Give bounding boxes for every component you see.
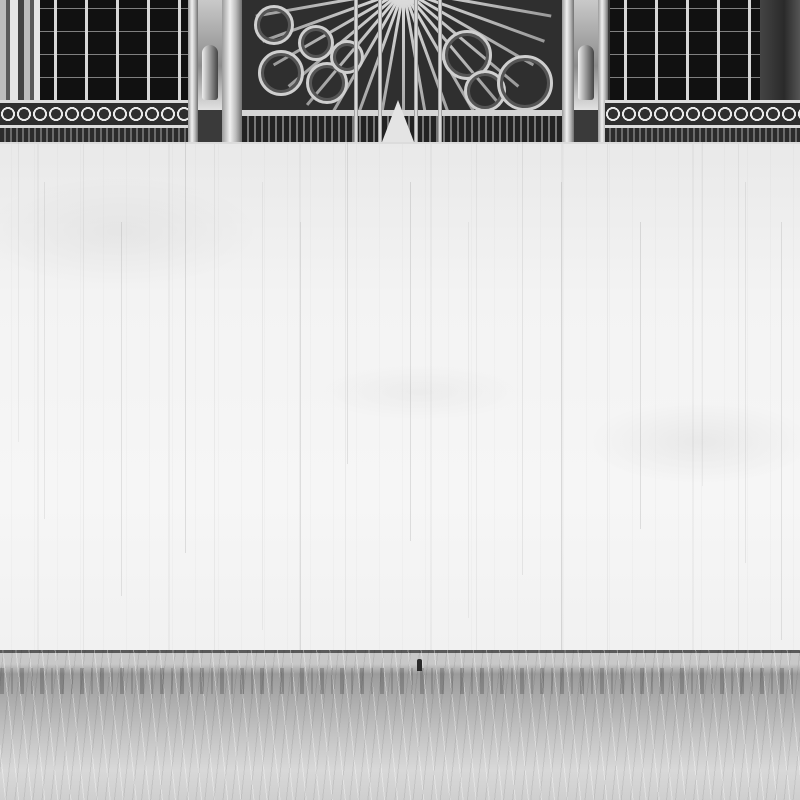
concrete-streak	[702, 142, 703, 486]
cornice-right	[605, 128, 800, 142]
concrete-streak	[121, 222, 122, 596]
concrete-streak	[44, 182, 45, 519]
concrete-wall	[0, 142, 800, 650]
cornice-left	[0, 128, 190, 142]
pillar	[188, 0, 198, 142]
mullion	[438, 0, 442, 142]
concrete-streak	[185, 142, 186, 553]
lancet-window-right	[610, 0, 760, 100]
concrete-streak	[18, 142, 19, 442]
facade-stonework-right	[760, 0, 800, 100]
concrete-streak	[522, 142, 523, 575]
mullion	[354, 0, 358, 142]
tracery-circle	[254, 5, 294, 45]
concrete-streak	[781, 222, 782, 640]
distant-figure	[417, 659, 422, 671]
concrete-streak	[347, 142, 348, 464]
concrete-streak	[745, 182, 746, 563]
rose-window	[242, 0, 562, 142]
concrete-streak	[300, 222, 301, 707]
balustrade-left	[0, 100, 190, 128]
pillar	[222, 0, 242, 142]
tracery-circle	[330, 40, 364, 74]
statue-left	[202, 45, 218, 100]
gable-spire	[382, 100, 414, 142]
concrete-streak	[640, 222, 641, 529]
facade-stonework-left	[0, 0, 40, 100]
concrete-streak	[561, 182, 562, 652]
pillar	[562, 0, 574, 142]
ground-shadow-band	[0, 668, 800, 694]
lancet-window-left	[40, 0, 190, 100]
cathedral-facade	[0, 0, 800, 142]
concrete-streak	[410, 182, 411, 541]
tracery-circle	[258, 50, 304, 96]
mullion	[414, 0, 418, 142]
photo-scene	[0, 0, 800, 800]
tracery-circle	[298, 25, 334, 61]
tracery-circle	[497, 55, 553, 111]
concrete-streak	[468, 222, 469, 618]
statue-right	[578, 45, 594, 100]
concrete-streak	[262, 182, 263, 630]
balustrade-right	[605, 100, 800, 128]
